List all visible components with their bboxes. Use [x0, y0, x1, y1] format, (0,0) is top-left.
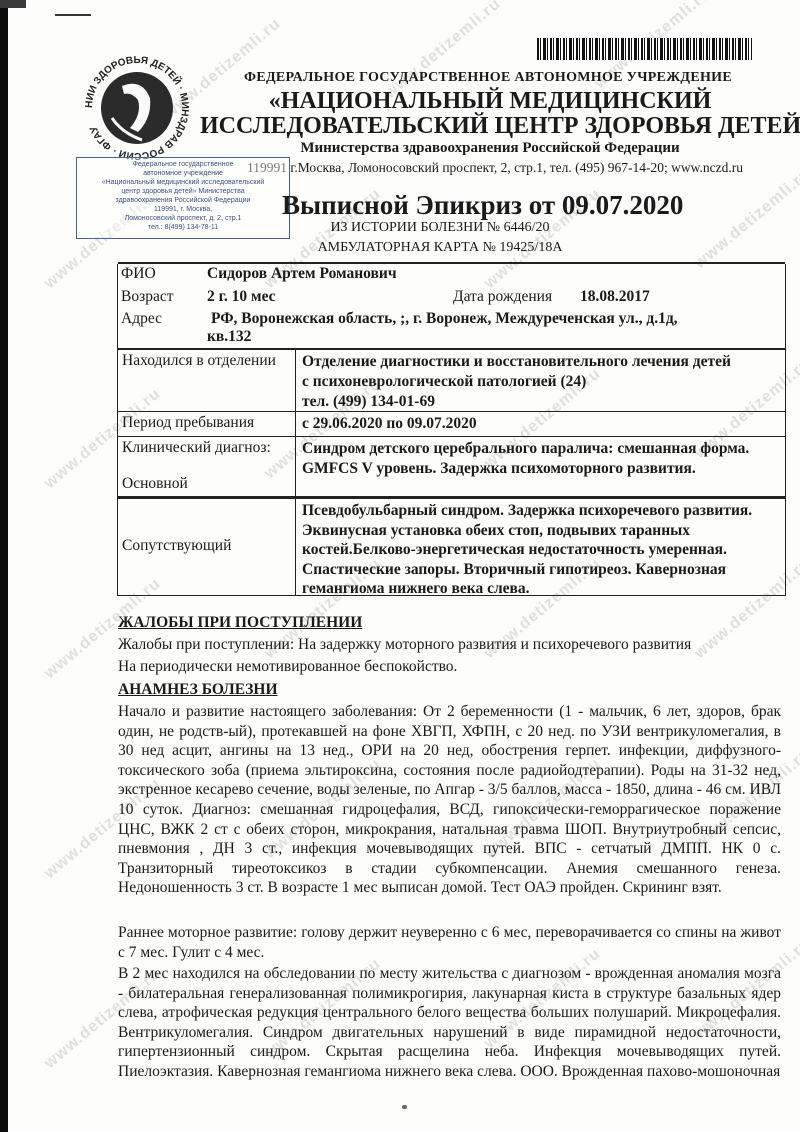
address-value-line2: кв.132: [207, 328, 251, 346]
scan-speck: [402, 1105, 407, 1109]
history-number: ИЗ ИСТОРИИ БОЛЕЗНИ № 6446/20: [240, 220, 640, 236]
fio-label: ФИО: [121, 265, 156, 283]
diagnosis-sub-label: Основной: [122, 475, 188, 493]
period-row: Период пребывания с 29.06.2020 по 09.07.…: [117, 412, 786, 437]
period-value: с 29.06.2020 по 09.07.2020: [296, 412, 785, 436]
stamp-line: 119991, г. Москва,: [77, 205, 289, 214]
period-label: Период пребывания: [118, 412, 296, 436]
comorbid-row: Сопутствующий Псевдобульбарный синдром. …: [117, 499, 786, 596]
anamnesis-heading: АНАМНЕЗ БОЛЕЗНИ: [118, 681, 278, 699]
anamnesis-paragraph: Начало и развитие настоящего заболевания…: [118, 702, 781, 898]
department-phone: тел. (499) 134-01-69: [302, 392, 779, 412]
anamnesis-paragraph: В 2 мес находился на обследовании по мес…: [118, 964, 781, 1082]
address-value: РФ, Воронежская область, ;, г. Воронеж, …: [211, 310, 678, 328]
dob-value: 18.08.2017: [580, 288, 650, 306]
department-row: Находился в отделении Отделение диагност…: [117, 349, 786, 412]
stamp-line: Федеральное государственное: [77, 160, 289, 169]
org-name-line2: ИССЛЕДОВАТЕЛЬСКИЙ ЦЕНТР ЗДОРОВЬЯ ДЕТЕЙ»: [200, 113, 780, 140]
diagnosis-label: Клинический диагноз:: [122, 439, 271, 456]
diagnosis-value: Синдром детского церебрального паралича:…: [296, 437, 785, 496]
fio-value: Сидоров Артем Романович: [207, 265, 397, 283]
org-ministry: Министерства здравоохранения Российской …: [240, 140, 740, 157]
institution-logo-icon: НИИ ЗДОРОВЬЯ ДЕТЕЙ · МИНЗДРАВ РОССИИ · Ф…: [72, 48, 202, 160]
department-value: Отделение диагностики и восстановительно…: [296, 350, 785, 411]
diagnosis-label-cell: Клинический диагноз: Основной: [118, 437, 296, 496]
age-value: 2 г. 10 мес: [207, 288, 276, 306]
comorbid-value: Псевдобульбарный синдром. Задержка психо…: [296, 499, 785, 595]
stamp-line: «Национальный медицинский исследовательс…: [77, 178, 289, 187]
scan-corner: [0, 0, 26, 8]
complaints-line: На периодически немотивированное беспоко…: [118, 658, 457, 676]
scan-mark: [55, 14, 91, 16]
comorbid-label: Сопутствующий: [122, 537, 231, 555]
address-label: Адрес: [121, 310, 162, 328]
comorbid-label-cell: Сопутствующий: [118, 499, 296, 595]
anamnesis-paragraph: Раннее моторное развитие: голову держит …: [118, 923, 781, 962]
card-number: АМБУЛАТОРНАЯ КАРТА № 19425/18А: [240, 240, 640, 256]
org-address: 119991 г.Москва, Ломоносовский проспект,…: [235, 160, 755, 176]
stamp-line: центр здоровья детей» Министерства: [77, 187, 289, 196]
stamp-line: здравоохранения Российской Федерации: [77, 196, 289, 205]
age-label: Возраст: [121, 288, 174, 306]
watermark-text: www.detizemli.ru: [691, 165, 800, 273]
department-line: Отделение диагностики и восстановительно…: [302, 352, 779, 372]
stamp-line: автономное учреждение: [77, 169, 289, 178]
complaints-line: Жалобы при поступлении: На задержку мото…: [118, 636, 691, 654]
org-type: ФЕДЕРАЛЬНОЕ ГОСУДАРСТВЕННОЕ АВТОНОМНОЕ У…: [208, 70, 768, 86]
diagnosis-row: Клинический диагноз: Основной Синдром де…: [117, 437, 786, 499]
complaints-heading: ЖАЛОБЫ ПРИ ПОСТУПЛЕНИИ: [118, 614, 362, 632]
department-line: с психоневрологической патологией (24): [302, 372, 779, 392]
org-name-line1: «НАЦИОНАЛЬНЫЙ МЕДИЦИНСКИЙ: [200, 88, 780, 115]
department-label: Находился в отделении: [118, 350, 296, 411]
patient-info: ФИО Сидоров Артем Романович Возраст 2 г.…: [117, 264, 786, 349]
dob-label: Дата рождения: [453, 288, 552, 306]
barcode: [537, 38, 752, 60]
scan-edge: [0, 0, 8, 1132]
document-title: Выписной Эпикриз от 09.07.2020: [282, 190, 683, 221]
